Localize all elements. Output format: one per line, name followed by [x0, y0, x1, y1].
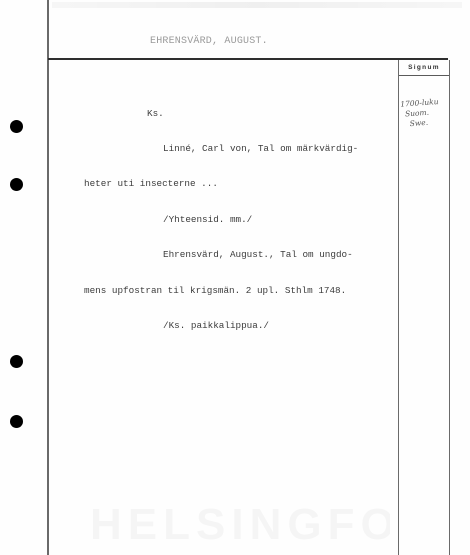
entry-line-see: Ks. — [60, 108, 358, 120]
entry-line: /Ks. paikkalippua./ — [60, 320, 358, 332]
entry-line: Linné, Carl von, Tal om märkvärdig- — [60, 143, 358, 155]
entry-line: /Yhteensid. mm./ — [60, 214, 358, 226]
handwritten-signum-note: 1700-luku Suom. Swe. — [400, 96, 450, 129]
show-through-top — [52, 2, 462, 8]
card-heading: EHRENSVÄRD, AUGUST. — [150, 36, 268, 47]
note-line: Swe. — [401, 116, 450, 129]
entry-line: Ehrensvärd, August., Tal om ungdo- — [60, 249, 358, 261]
left-margin-rule — [47, 0, 49, 555]
entry-line: heter uti insecterne ... — [60, 178, 358, 190]
heading-divider — [48, 58, 448, 60]
catalog-entry: Ks. Linné, Carl von, Tal om märkvärdig- … — [60, 84, 358, 355]
show-through-watermark: HELSINGFORS — [90, 500, 390, 550]
signum-column: Signum 1700-luku Suom. Swe. — [398, 60, 450, 555]
punch-hole — [10, 178, 23, 191]
signum-label: Signum — [399, 60, 449, 76]
punch-hole — [10, 355, 23, 368]
entry-line: mens upfostran til krigsmän. 2 upl. Sthl… — [60, 285, 358, 297]
catalog-card: EHRENSVÄRD, AUGUST. Signum 1700-luku Suo… — [0, 0, 470, 555]
punch-hole — [10, 415, 23, 428]
punch-hole — [10, 120, 23, 133]
